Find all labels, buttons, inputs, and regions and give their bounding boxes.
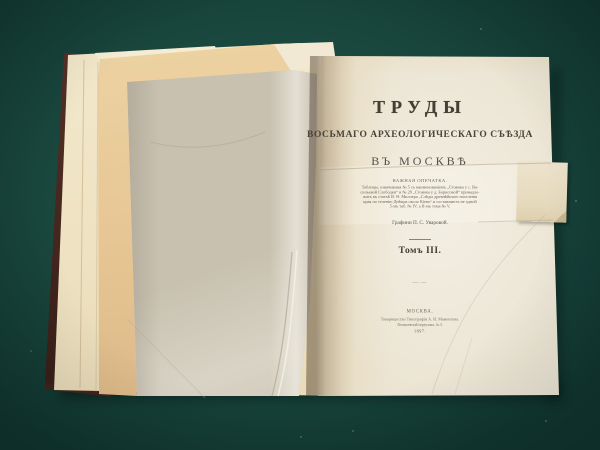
editor-line: Графини П. С. Уваровой. — [302, 220, 538, 231]
book-title: ТРУДЫ — [302, 97, 538, 118]
imprint-year: 1897. — [302, 329, 538, 338]
errata-line: 5-мъ таб. № IV, а II-мъ тома № V. — [302, 204, 538, 209]
divider-ornament: —·— — [302, 280, 538, 291]
short-rule — [409, 239, 431, 240]
title-page-text: ТРУДЫ ВОСЬМАГО АРХЕОЛОГИЧЕСКАГО СЪѢЗДА В… — [302, 56, 538, 396]
photo-open-book: ТРУДЫ ВОСЬМАГО АРХЕОЛОГИЧЕСКАГО СЪѢЗДА В… — [0, 0, 600, 450]
book-location-line: ВЪ МОСКВѢ — [302, 154, 538, 169]
volume-label: Томъ III. — [302, 246, 538, 256]
book-subtitle: ВОСЬМАГО АРХЕОЛОГИЧЕСКАГО СЪѢЗДА — [302, 130, 538, 140]
